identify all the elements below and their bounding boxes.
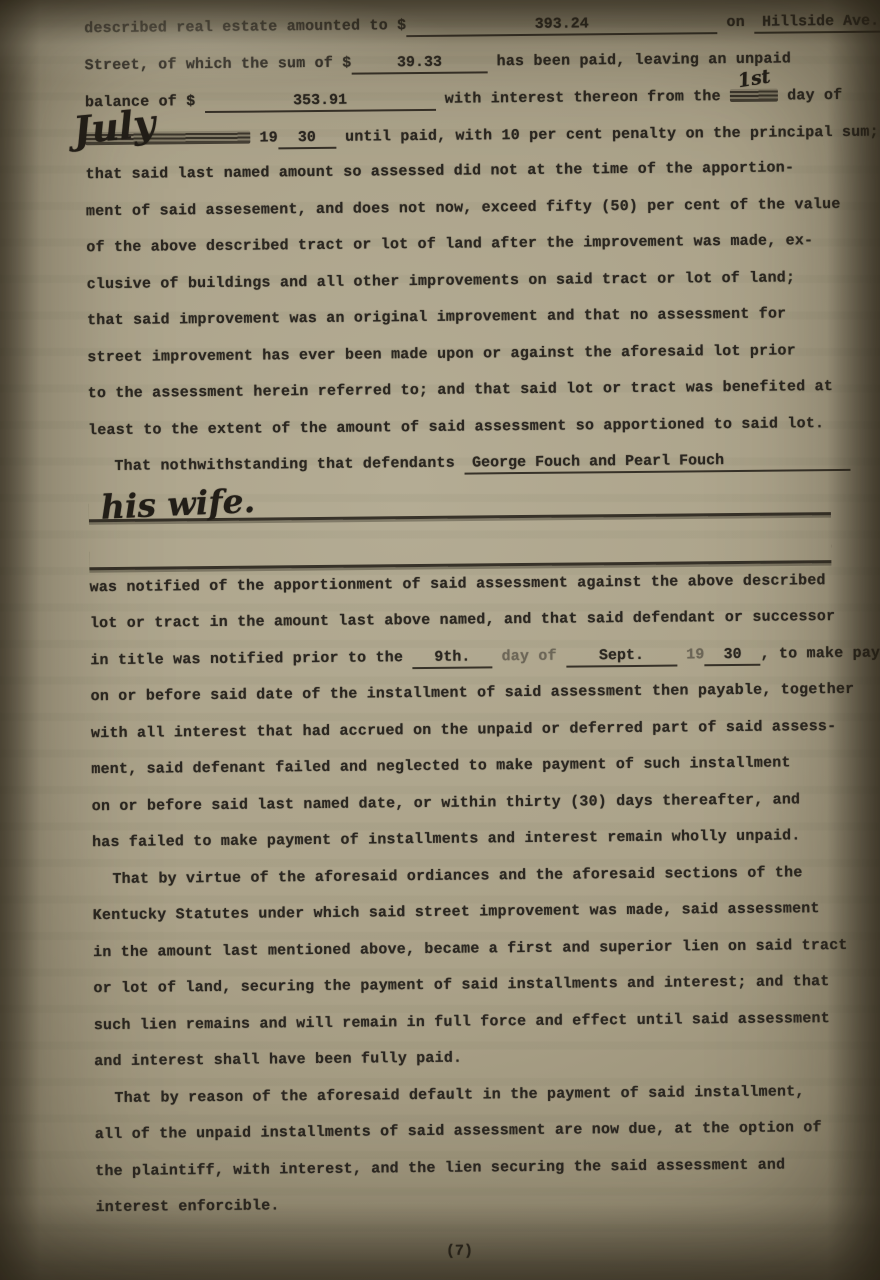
document-text: described real estate amounted to $393.2… bbox=[0, 0, 880, 1276]
typed-text: 19 bbox=[677, 646, 705, 663]
typed-text: Street, of which the sum of $ bbox=[85, 54, 352, 74]
typed-text: interest enforcible. bbox=[95, 1197, 279, 1216]
document-line: his wife. bbox=[89, 487, 861, 548]
filled-blank: George Fouch and Pearl Fouch bbox=[464, 451, 850, 475]
typed-text: That nothwithstanding that defendants bbox=[114, 455, 464, 475]
typed-text: day of bbox=[492, 647, 566, 665]
typed-text: described real estate amounted to $ bbox=[84, 17, 406, 37]
scanned-legal-document-page: described real estate amounted to $393.2… bbox=[0, 0, 880, 1280]
filled-blank: 30 bbox=[278, 128, 336, 149]
handwritten-blank: his wife. bbox=[89, 494, 831, 522]
typed-text: in title was notified prior to the bbox=[90, 649, 412, 669]
filled-blank: 30 bbox=[704, 645, 760, 666]
typed-text: has been paid, leaving an unpaid bbox=[487, 50, 791, 70]
corrected-text: July bbox=[85, 128, 250, 148]
typed-text: 19 bbox=[250, 129, 278, 146]
handwritten-text: July bbox=[71, 100, 157, 153]
filled-blank: 9th. bbox=[412, 648, 492, 669]
filled-blank: Hillside Ave. bbox=[754, 12, 880, 33]
document-line: interest enforcible. bbox=[95, 1192, 867, 1236]
typed-text: on bbox=[717, 14, 754, 31]
typed-text: and interest shall have been fully paid. bbox=[94, 1050, 462, 1071]
typed-text: with interest thereon from the bbox=[435, 88, 730, 108]
struck-out-text bbox=[730, 89, 778, 102]
filled-blank: Sept. bbox=[566, 646, 677, 667]
typed-text: , to make payment bbox=[760, 644, 880, 663]
filled-blank: 353.91 bbox=[204, 91, 435, 113]
filled-blank: 39.33 bbox=[351, 53, 487, 74]
handwritten-text: his wife. bbox=[100, 480, 256, 526]
page-number: (7) bbox=[96, 1238, 868, 1275]
typed-text: day of bbox=[778, 87, 843, 105]
corrected-text: 1st bbox=[730, 87, 778, 105]
filled-blank: 393.24 bbox=[406, 14, 717, 37]
typed-text: until paid, with 10 per cent penalty on … bbox=[336, 123, 879, 145]
